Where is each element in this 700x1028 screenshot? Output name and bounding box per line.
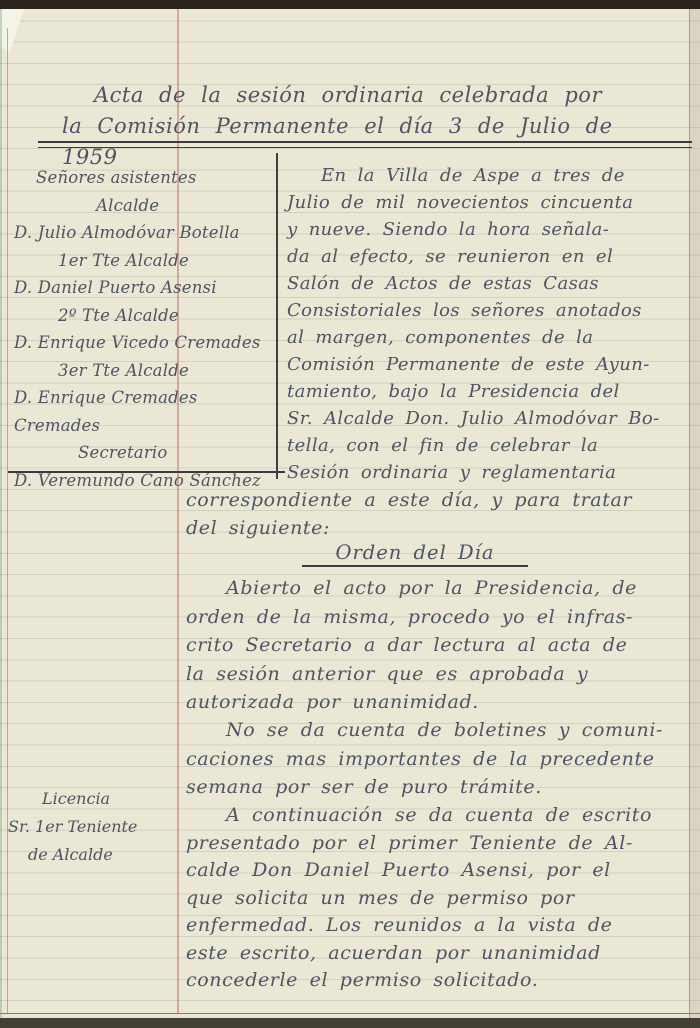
- opening-paragraph: En la Villa de Aspe a tres de Julio de m…: [287, 162, 687, 486]
- text-line: Sesión ordinaria y reglamentaria: [287, 459, 687, 486]
- attendee-name: D. Enrique Vicedo Cremades: [14, 329, 274, 357]
- attendee-name: D. Enrique Cremades Cremades: [14, 384, 274, 439]
- orden-del-dia-heading: Orden del Día: [302, 541, 528, 567]
- attendee-name: D. Julio Almodóvar Botella: [14, 219, 274, 247]
- attendee-role: 1er Tte Alcalde: [58, 247, 274, 275]
- text-line: No se da cuenta de boletines y comuni-: [226, 716, 690, 745]
- text-line: y nueve. Siendo la hora señala-: [287, 216, 687, 243]
- text-line: En la Villa de Aspe a tres de: [321, 162, 687, 189]
- attendee-role: 2º Tte Alcalde: [58, 302, 274, 330]
- text-line: tella, con el fin de celebrar la: [287, 432, 687, 459]
- text-line: concederle el permiso solicitado.: [186, 967, 690, 995]
- scanned-ledger-page: Acta de la sesión ordinaria celebrada po…: [0, 0, 700, 1028]
- page-right-shade: [690, 9, 700, 1018]
- margin-note-licencia: Licencia Sr. 1er Teniente de Alcalde: [8, 785, 176, 869]
- page-bottom-edge-line: [0, 1013, 700, 1014]
- text-line: autorizada por unanimidad.: [186, 688, 690, 717]
- margin-note-line: Sr. 1er Teniente: [8, 813, 176, 841]
- text-line: del siguiente:: [186, 515, 690, 543]
- text-line: Consistoriales los señores anotados: [287, 297, 687, 324]
- text-line: Julio de mil novecientos cincuenta: [287, 189, 687, 216]
- attendee-role: 3er Tte Alcalde: [58, 357, 274, 385]
- scan-bottom-edge: [0, 1018, 700, 1028]
- attendees-underline: [8, 471, 285, 473]
- text-line: calde Don Daniel Puerto Asensi, por el: [186, 857, 690, 885]
- page-title: Acta de la sesión ordinaria celebrada po…: [62, 80, 682, 173]
- attendees-heading: Señores asistentes: [36, 164, 274, 192]
- paragraph-boletines: No se da cuenta de boletines y comuni- c…: [186, 716, 690, 802]
- text-line: tamiento, bajo la Presidencia del: [287, 378, 687, 405]
- text-line: este escrito, acuerdan por unanimidad: [186, 940, 690, 968]
- text-line: al margen, componentes de la: [287, 324, 687, 351]
- attendee-role: Alcalde: [96, 192, 274, 220]
- opening-continuation: correspondiente a este día, y para trata…: [186, 487, 690, 542]
- page-corner: [0, 9, 24, 53]
- text-line: A continuación se da cuenta de escrito: [226, 802, 690, 830]
- margin-note-line: Licencia: [42, 785, 176, 813]
- attendees-column: Señores asistentes Alcalde D. Julio Almo…: [14, 164, 274, 494]
- text-line: caciones mas importantes de la precedent…: [186, 745, 690, 774]
- paragraph-licencia: A continuación se da cuenta de escrito p…: [186, 802, 690, 995]
- margin-note-line: de Alcalde: [28, 841, 176, 869]
- scan-left-edge: [0, 9, 2, 1018]
- attendee-name: D. Daniel Puerto Asensi: [14, 274, 274, 302]
- text-line: que solicita un mes de permiso por: [186, 885, 690, 913]
- text-line: enfermedad. Los reunidos a la vista de: [186, 912, 690, 940]
- text-line: semana por ser de puro trámite.: [186, 773, 690, 802]
- attendee-role: Secretario: [78, 439, 274, 467]
- text-line: presentado por el primer Teniente de Al-: [186, 830, 690, 858]
- title-line-1: Acta de la sesión ordinaria celebrada po…: [94, 80, 682, 111]
- text-line: Abierto el acto por la Presidencia, de: [226, 574, 690, 603]
- text-line: Sr. Alcalde Don. Julio Almodóvar Bo-: [287, 405, 687, 432]
- text-line: da al efecto, se reunieron en el: [287, 243, 687, 270]
- title-underline: [38, 141, 692, 148]
- scan-top-edge: [0, 0, 700, 9]
- text-line: Comisión Permanente de este Ayun-: [287, 351, 687, 378]
- text-line: Salón de Actos de estas Casas: [287, 270, 687, 297]
- paragraph-lectura-acta: Abierto el acto por la Presidencia, de o…: [186, 574, 690, 717]
- text-line: correspondiente a este día, y para trata…: [186, 487, 690, 515]
- text-line: crito Secretario a dar lectura al acta d…: [186, 631, 690, 660]
- text-line: orden de la misma, procedo yo el infras-: [186, 603, 690, 632]
- column-separator-line: [276, 153, 278, 479]
- text-line: la sesión anterior que es aprobada y: [186, 660, 690, 689]
